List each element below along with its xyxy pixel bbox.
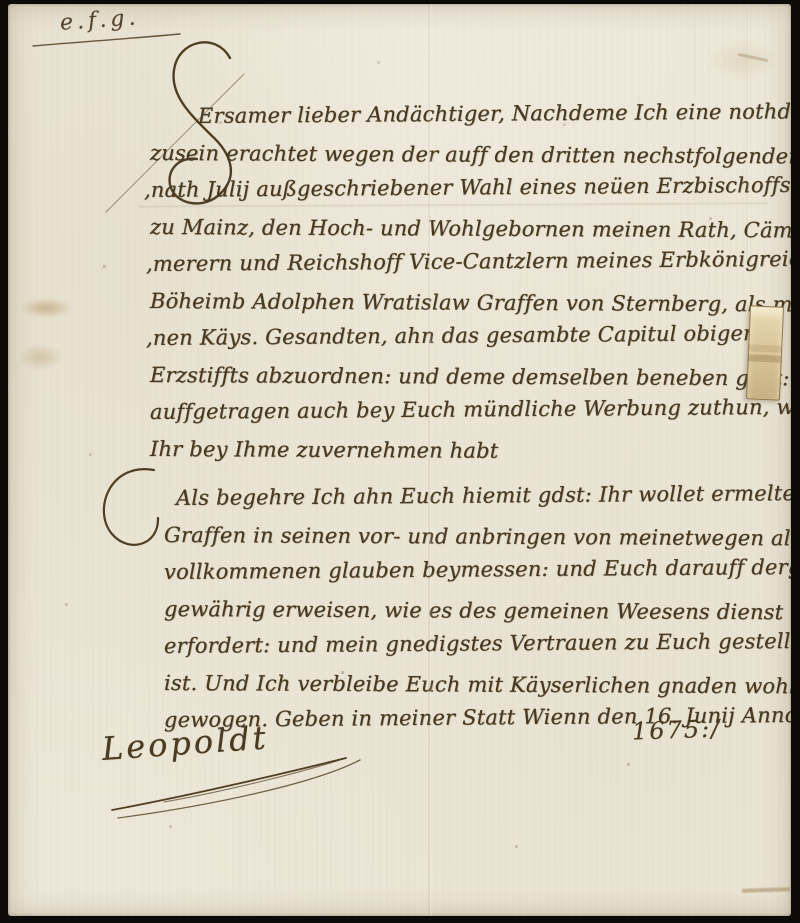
signature-flourish bbox=[112, 758, 360, 818]
handwritten-line: vollkommenen glauben beymessen: und Euch… bbox=[164, 549, 791, 591]
date-line: 1675:/ bbox=[632, 714, 722, 745]
archival-mark: e.f.g. bbox=[59, 5, 140, 35]
stain bbox=[742, 887, 790, 893]
handwritten-line: ,nath Julij außgeschriebener Wahl eines … bbox=[144, 166, 791, 209]
handwritten-line: ,merern und Reichshoff Vice-Cantzlern me… bbox=[146, 240, 791, 283]
paragraph: Als begehre Ich ahn Euch hiemit gdst: Ih… bbox=[164, 480, 791, 739]
stain bbox=[18, 344, 62, 370]
stain bbox=[20, 298, 72, 318]
handwritten-line: erfordert: und mein gnedigstes Vertrauen… bbox=[164, 623, 791, 665]
handwritten-line: Als begehre Ich ahn Euch hiemit gdst: Ih… bbox=[176, 475, 791, 517]
seal-remnant bbox=[746, 305, 784, 400]
paper-specks bbox=[8, 4, 9, 5]
annotation-underline bbox=[33, 34, 180, 46]
handwritten-line: Ersamer lieber Andächtiger, Nachdeme Ich… bbox=[198, 93, 791, 135]
handwritten-line: Ihr bey Ihme zuvernehmen habt bbox=[150, 431, 791, 472]
letter-page: e.f.g. Ersamer lieber Andächtiger, Nachd… bbox=[8, 4, 791, 916]
letter-body: Ersamer lieber Andächtiger, Nachdeme Ich… bbox=[150, 98, 791, 739]
signature: Leopoldt bbox=[101, 718, 270, 768]
handwritten-line: auffgetragen auch bey Euch mündliche Wer… bbox=[150, 388, 791, 431]
paragraph: Ersamer lieber Andächtiger, Nachdeme Ich… bbox=[150, 98, 791, 468]
seal-fold-line bbox=[748, 354, 781, 362]
handwritten-line: ,nen Käys. Gesandten, ahn das gesambte C… bbox=[146, 314, 791, 357]
